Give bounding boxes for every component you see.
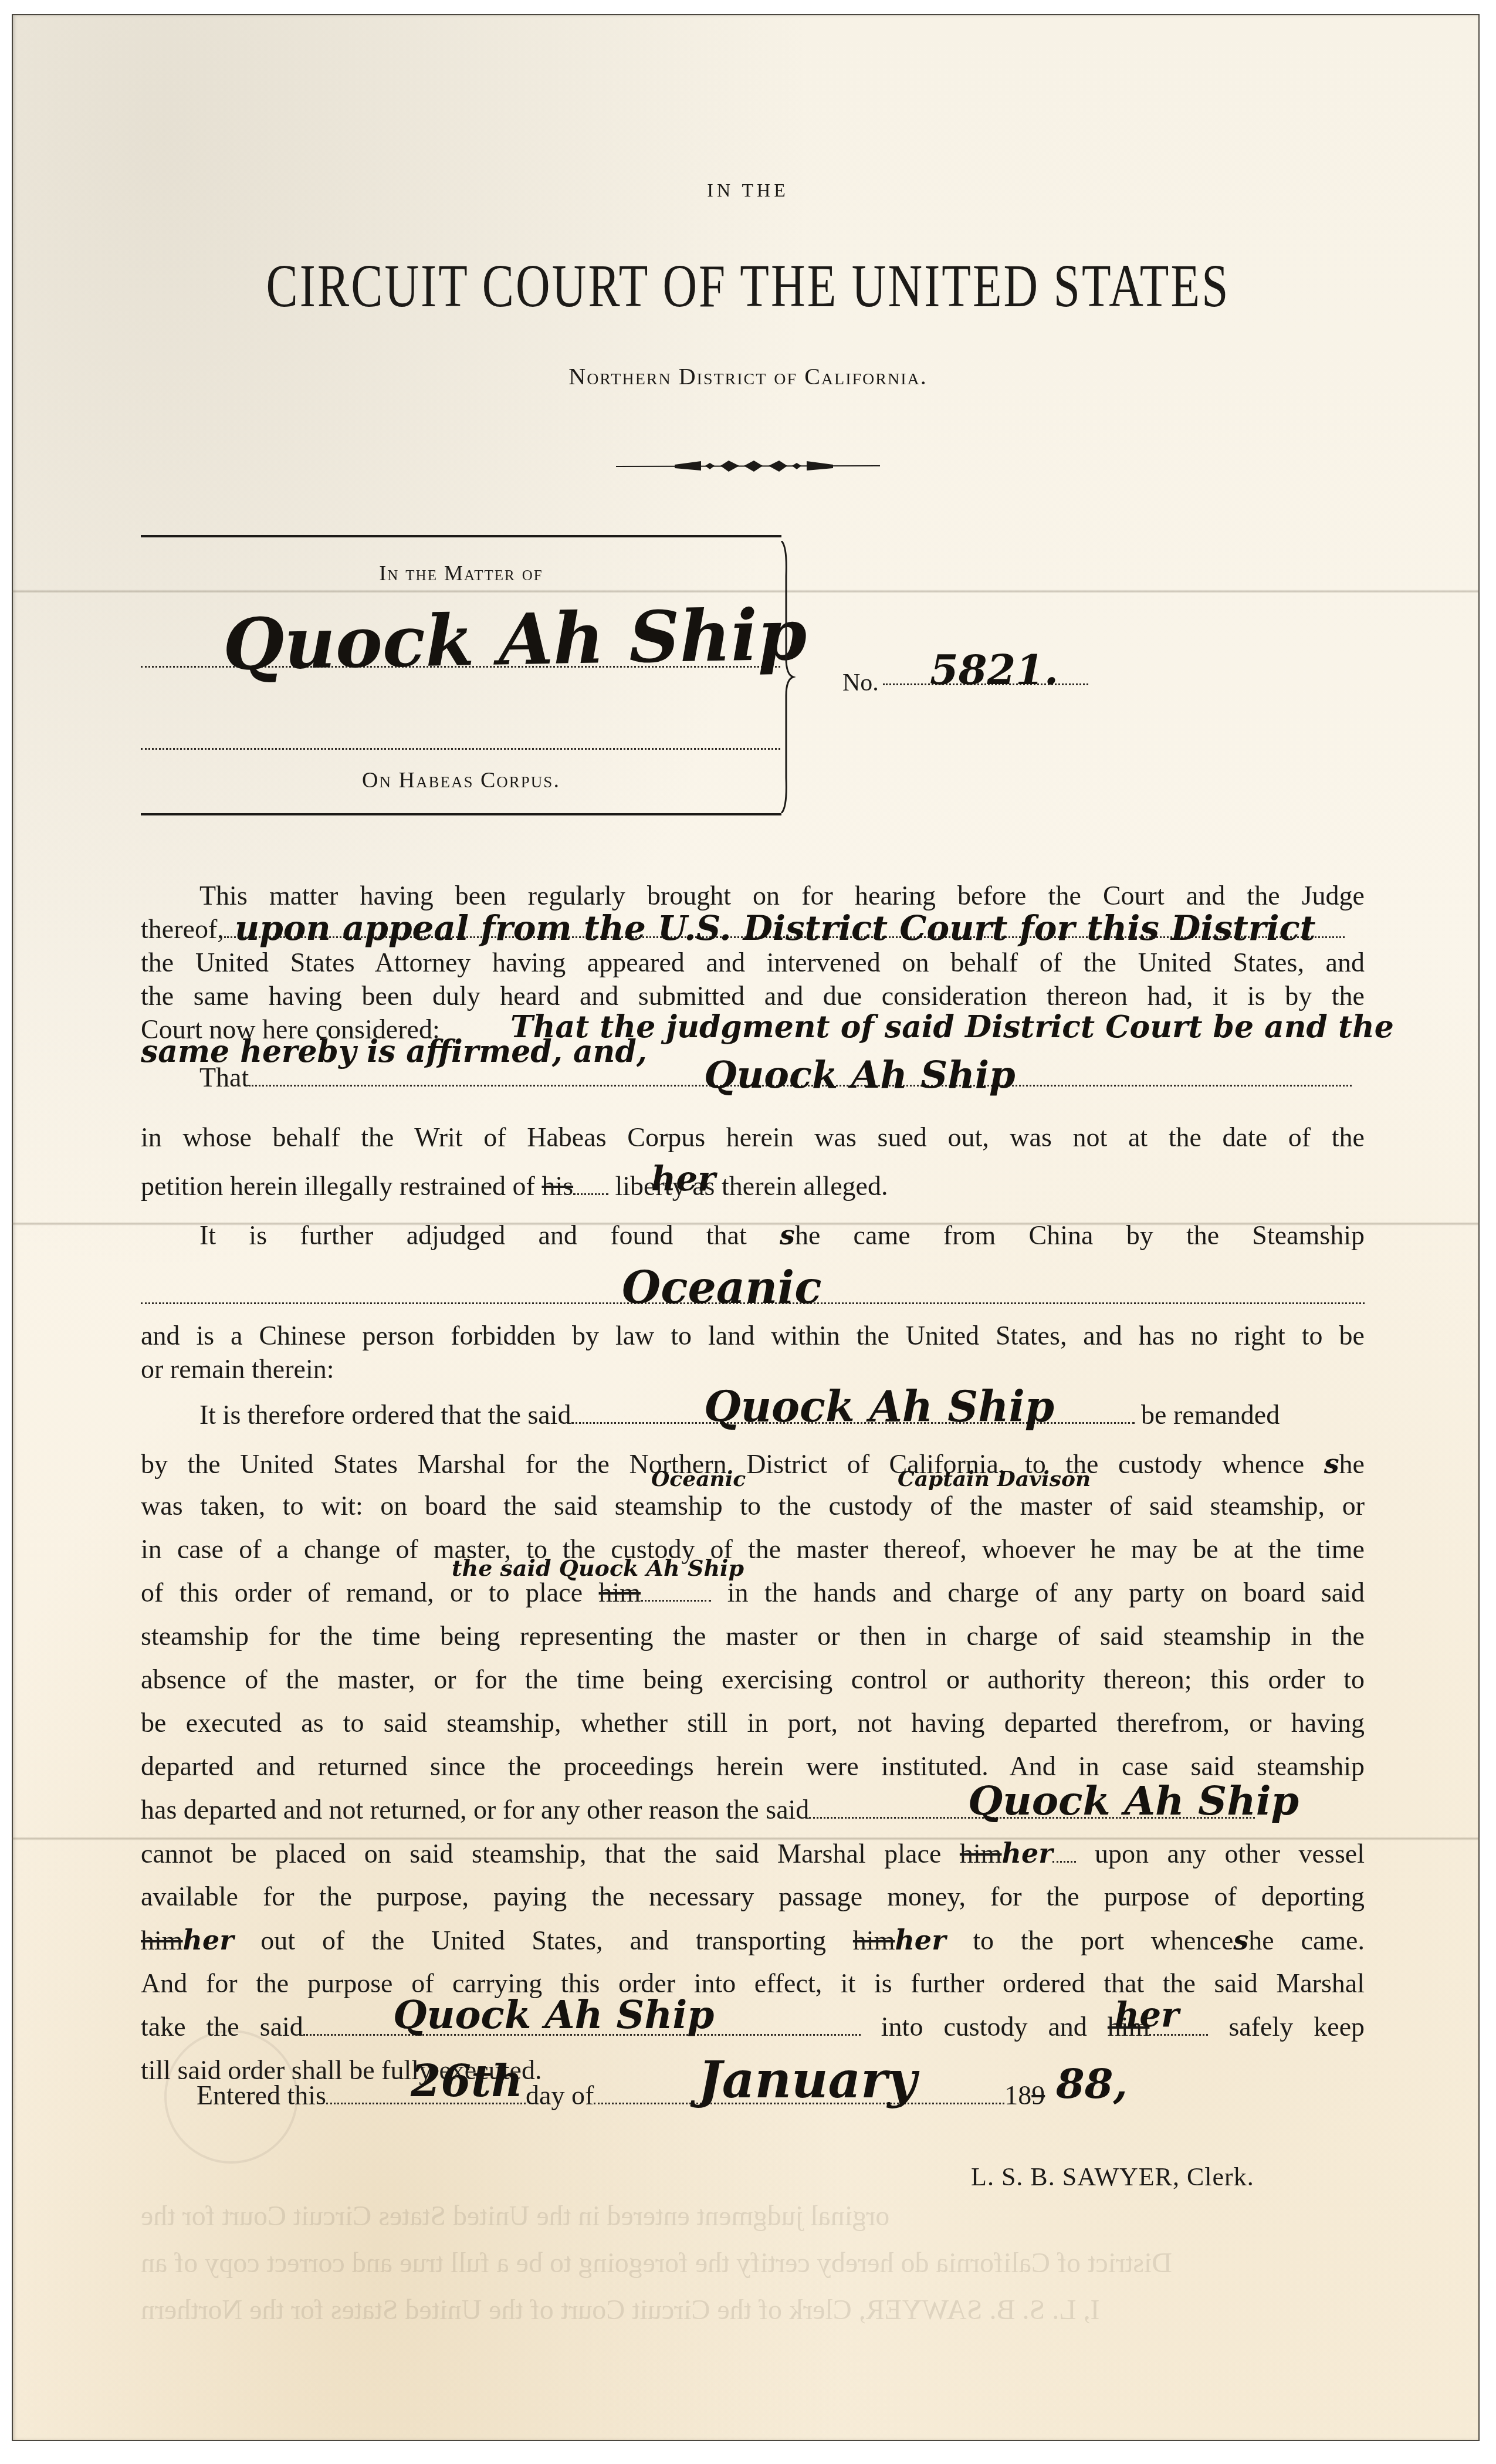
in-the-matter-label: In the Matter of <box>141 561 781 585</box>
body-line: steamship for the time being representin… <box>141 1620 1365 1651</box>
caption-bottom-rule <box>141 813 781 815</box>
body-line: by the United States Marshal for the Nor… <box>141 1448 1365 1480</box>
habeas-corpus-label: On Habeas Corpus. <box>141 767 781 793</box>
handwritten-insert: Captain Davison <box>898 1467 1091 1491</box>
blank-line <box>141 748 780 750</box>
clerk-signature: L. S. B. SAWYER, Clerk. <box>971 2162 1254 2192</box>
year-struck: 9 <box>1031 2080 1045 2110</box>
ornamental-divider-icon <box>616 458 880 475</box>
body-line: cannot be placed on said steamship, that… <box>141 1837 1365 1869</box>
handwritten-fill: Oceanic <box>622 1261 821 1314</box>
bleed-through-text: District of California do hereby certify… <box>141 2247 1172 2279</box>
case-number: 5821. <box>930 645 1058 694</box>
handwritten-fill: her <box>651 1159 716 1199</box>
entry-year: 88, <box>1056 2059 1128 2108</box>
body-line: and is a Chinese person forbidden by law… <box>141 1320 1365 1351</box>
case-number-label: No. <box>842 669 879 697</box>
entered-label: Entered this <box>197 2080 326 2110</box>
caption-top-rule <box>141 535 781 537</box>
body-line: take the said into custody and him safel… <box>141 2011 1365 2042</box>
body-line: It is further adjudged and found that sh… <box>199 1219 1365 1251</box>
body-line: And for the purpose of carrying this ord… <box>141 1968 1365 1999</box>
pre-title: IN THE <box>0 180 1496 201</box>
body-line: petition herein illegally restrained of … <box>141 1170 1365 1201</box>
body-line: This matter having been regularly brough… <box>199 880 1365 911</box>
body-line: in case of a change of master, to the cu… <box>141 1534 1365 1565</box>
body-line: was taken, to wit: on board the said ste… <box>141 1490 1365 1521</box>
body-line: the same having been duly heard and subm… <box>141 980 1365 1011</box>
entry-line: Entered thisday of189 <box>197 2080 1045 2111</box>
court-title: CIRCUIT COURT OF THE UNITED STATES <box>165 251 1332 321</box>
handwritten-fill: Quock Ah Ship <box>704 1382 1054 1431</box>
handwritten-fill: Quock Ah Ship <box>968 1778 1299 1825</box>
handwritten-fill: Quock Ah Ship <box>393 1992 714 2037</box>
fold-crease <box>12 590 1480 593</box>
body-line: absence of the master, or for the time b… <box>141 1664 1365 1695</box>
body-line: or remain therein: <box>141 1353 1365 1385</box>
handwritten-insert: Oceanic <box>651 1467 746 1491</box>
party-name: Quock Ah Ship <box>222 593 808 686</box>
body-line: available for the purpose, paying the ne… <box>141 1881 1365 1912</box>
year-printed: 18 <box>1004 2080 1031 2110</box>
district-subtitle: Northern District of California. <box>0 363 1496 390</box>
handwritten-fill: upon appeal from the U.S. District Court… <box>235 908 1316 948</box>
body-line: in whose behalf the Writ of Habeas Corpu… <box>141 1122 1365 1153</box>
body-line: the United States Attorney having appear… <box>141 947 1365 978</box>
bleed-through-text: I, L. S. B. SAWYER, Clerk of the Circuit… <box>141 2294 1100 2326</box>
handwritten-fill: her <box>1115 1995 1179 2035</box>
body-line: himher out of the United States, and tra… <box>141 1924 1365 1956</box>
entry-day: 26th <box>411 2056 523 2107</box>
day-of-label: day of <box>526 2080 594 2110</box>
entry-month: January <box>698 2050 916 2110</box>
handwritten-fill: Quock Ah Ship <box>704 1053 1016 1097</box>
body-line: of this order of remand, or to place him… <box>141 1577 1365 1608</box>
bleed-through-text: orginal judgment entered in the United S… <box>141 2200 889 2232</box>
right-brace-icon <box>779 541 797 813</box>
body-line: be executed as to said steamship, whethe… <box>141 1707 1365 1738</box>
